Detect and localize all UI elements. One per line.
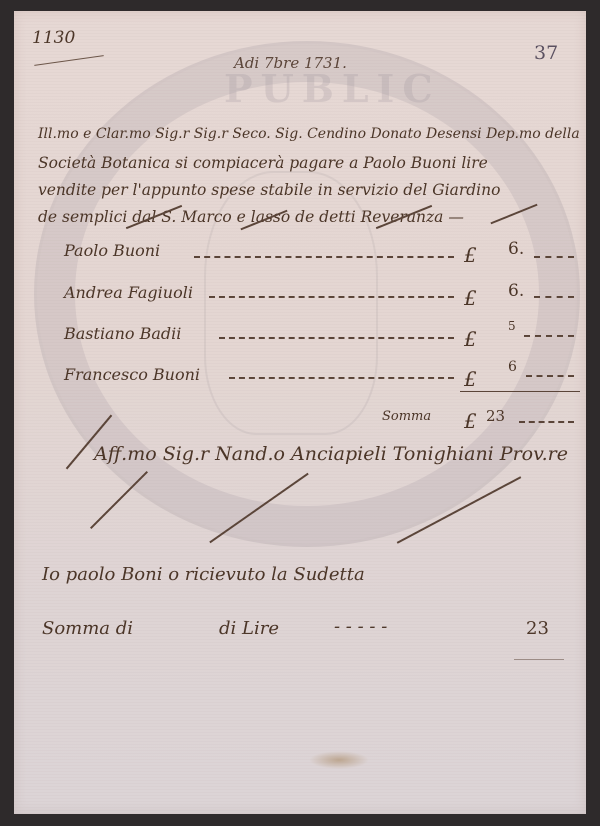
decorative-stroke xyxy=(90,471,148,529)
lira-symbol: £ xyxy=(464,243,477,267)
ledger-dashes xyxy=(194,256,454,258)
sum-label: Somma xyxy=(382,409,431,424)
total-currency-text: di Lire xyxy=(219,618,279,639)
ledger-row-amount: 6. xyxy=(508,239,524,259)
ledger-dashes xyxy=(526,375,574,377)
document-page: PUBLIC 1130 Adi 7bre 1731. 37 Ill.mo e C… xyxy=(14,11,586,814)
lira-symbol: £ xyxy=(464,286,477,310)
total-dashes: - - - - - xyxy=(334,616,387,637)
intro-line-3: vendite per l'appunto spese stabile in s… xyxy=(38,181,500,199)
ledger-row-name: Andrea Fagiuoli xyxy=(64,283,193,302)
watermark-stamp-text: PUBLIC xyxy=(224,66,441,111)
ledger-row-amount: 5 xyxy=(508,319,516,333)
sum-amount: 23 xyxy=(486,407,505,425)
receipt-statement: Io paolo Boni o ricievuto la Sudetta xyxy=(42,564,365,585)
paper-stain xyxy=(309,751,369,769)
total-label: Somma di xyxy=(42,618,133,639)
page-number: 37 xyxy=(534,42,558,64)
ledger-dashes xyxy=(519,421,574,423)
intro-line-2: Società Botanica si compiacerà pagare a … xyxy=(38,154,488,172)
ledger-row-name: Francesco Buoni xyxy=(64,365,200,384)
folio-underline xyxy=(34,55,103,66)
ledger-row-amount: 6. xyxy=(508,281,524,301)
signature: Aff.mo Sig.r Nand.o Anciapieli Tonighian… xyxy=(94,443,568,465)
total-underline xyxy=(514,659,564,660)
ledger-dashes xyxy=(534,296,574,298)
lira-symbol: £ xyxy=(464,409,477,433)
sum-rule xyxy=(460,391,580,392)
ledger-dashes xyxy=(534,256,574,258)
date-line: Adi 7bre 1731. xyxy=(234,54,347,72)
ledger-dashes xyxy=(219,337,454,339)
ledger-dashes xyxy=(209,296,454,298)
ledger-dashes xyxy=(524,335,574,337)
lira-symbol: £ xyxy=(464,327,477,351)
ledger-row-amount: 6 xyxy=(508,359,517,375)
ledger-row-name: Bastiano Badii xyxy=(64,324,181,343)
folio-number: 1130 xyxy=(32,28,75,48)
ledger-row-name: Paolo Buoni xyxy=(64,241,160,260)
intro-line-1: Ill.mo e Clar.mo Sig.r Sig.r Seco. Sig. … xyxy=(38,126,580,142)
total-amount: 23 xyxy=(526,618,549,639)
lira-symbol: £ xyxy=(464,367,477,391)
ledger-dashes xyxy=(229,377,454,379)
